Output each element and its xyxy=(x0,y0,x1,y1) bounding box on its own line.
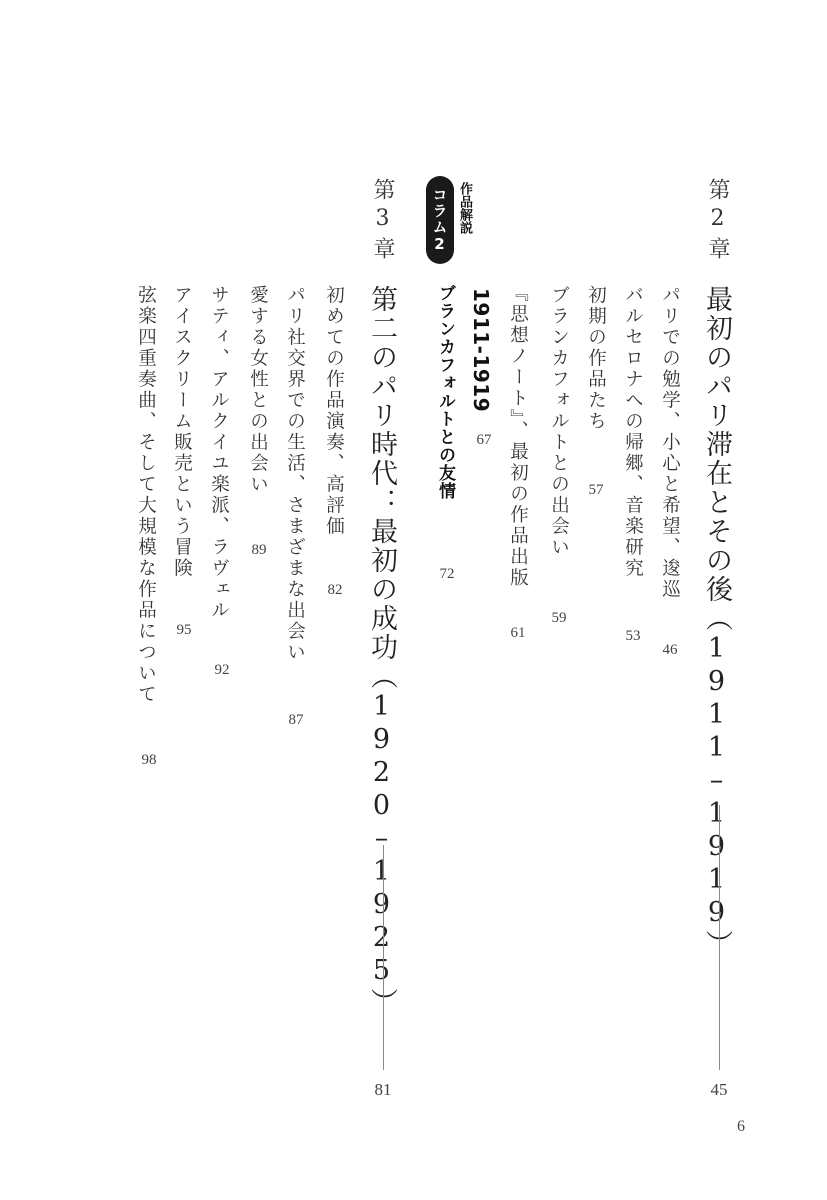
toc-entry-title[interactable]: 初めての作品演奏、高評価 xyxy=(324,285,343,537)
chapter-2-page[interactable]: 45 xyxy=(711,1080,728,1100)
chapter-3-title[interactable]: 第二のパリ時代：最初の成功（1920–1925） xyxy=(368,285,395,1017)
chapter-2-title[interactable]: 最初のパリ滞在とその後（1911–1919） xyxy=(703,285,730,959)
chapter-3-page[interactable]: 81 xyxy=(375,1080,392,1100)
toc-entry-page[interactable]: 92 xyxy=(215,662,230,679)
toc-entry-page[interactable]: 53 xyxy=(626,628,641,645)
chapter-2-label: 第2章 xyxy=(706,178,728,265)
toc-entry-page[interactable]: 59 xyxy=(552,610,567,627)
chapter-2-leader-line xyxy=(719,805,720,1070)
column-badge: コラム2 xyxy=(426,176,454,264)
toc-entry-page[interactable]: 98 xyxy=(142,752,157,769)
column-title[interactable]: ブランカフォルトとの友情 xyxy=(436,284,453,500)
toc-entry-title[interactable]: サティ、アルクイユ楽派、ラヴェル xyxy=(209,285,228,621)
works-commentary-label: 作品解説 xyxy=(458,182,471,234)
chapter-3-leader-line xyxy=(383,845,384,1070)
toc-entry-title[interactable]: 『思想ノート』、最初の作品出版 xyxy=(508,283,527,589)
toc-entry-page[interactable]: 46 xyxy=(663,642,678,659)
toc-entry-title[interactable]: 弦楽四重奏曲、そして大規模な作品について xyxy=(136,285,155,705)
toc-entry-title[interactable]: 愛する女性との出会い xyxy=(248,285,267,495)
toc-entry-page[interactable]: 87 xyxy=(289,712,304,729)
page-number: 6 xyxy=(737,1118,745,1136)
toc-entry-title[interactable]: ブランカフォルトとの出会い xyxy=(549,285,568,558)
works-commentary-page[interactable]: 67 xyxy=(477,432,492,449)
toc-entry-title[interactable]: パリでの勉学、小心と希望、逡巡 xyxy=(660,285,679,600)
toc-entry-page[interactable]: 61 xyxy=(511,625,526,642)
toc-entry-title[interactable]: パリ社交界での生活、さまざまな出会い xyxy=(285,285,304,663)
toc-entry-page[interactable]: 95 xyxy=(177,622,192,639)
toc-entry-title[interactable]: アイスクリーム販売という冒険 xyxy=(172,285,191,579)
toc-entry-title[interactable]: 初期の作品たち xyxy=(586,285,605,432)
chapter-3-label: 第3章 xyxy=(371,178,393,265)
column-page[interactable]: 72 xyxy=(440,566,455,583)
toc-entry-page[interactable]: 57 xyxy=(589,482,604,499)
toc-entry-page[interactable]: 82 xyxy=(328,582,343,599)
works-commentary-title[interactable]: 1911-1919 xyxy=(471,288,491,412)
toc-entry-title[interactable]: バルセロナへの帰郷、音楽研究 xyxy=(623,285,642,579)
toc-entry-page[interactable]: 89 xyxy=(252,542,267,559)
